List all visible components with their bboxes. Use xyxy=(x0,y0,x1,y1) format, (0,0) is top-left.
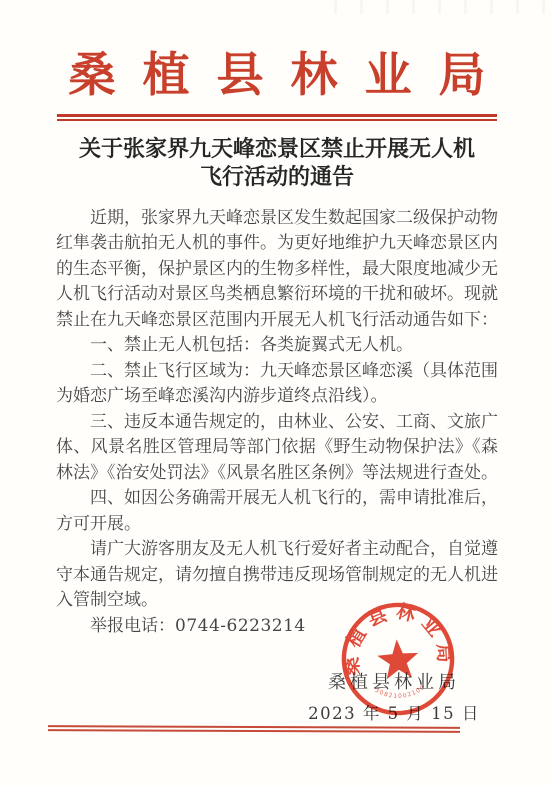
document-title-line1: 关于张家界九天峰恋景区禁止开展无人机 xyxy=(67,135,487,163)
document-title-line2: 飞行活动的通告 xyxy=(67,163,487,191)
body-paragraph-closing: 请广大游客朋友及无人机飞行爱好者主动配合，自觉遵守本通告规定，请勿擅自携带违反现… xyxy=(56,537,498,614)
footer-divider-rule xyxy=(48,725,460,733)
signature-block: 桑植县林业局 2023 年 5 月 15 日 xyxy=(302,668,486,724)
scan-artifact xyxy=(334,0,554,14)
document-title: 关于张家界九天峰恋景区禁止开展无人机 飞行活动的通告 xyxy=(67,135,487,191)
body-paragraph-intro: 近期，张家界九天峰恋景区发生数起国家二级保护动物红隼袭击航拍无人机的事件。为更好… xyxy=(56,206,498,334)
signature-agency-name: 桑植县林业局 xyxy=(302,668,486,694)
report-phone-number: 0744-6223214 xyxy=(175,616,306,636)
report-phone-line: 举报电话：0744-6223214 xyxy=(56,614,498,640)
notice-body: 近期，张家界九天峰恋景区发生数起国家二级保护动物红隼袭击航拍无人机的事件。为更好… xyxy=(56,206,498,640)
letterhead-divider-rule xyxy=(57,114,497,121)
body-paragraph-item2: 二、禁止飞行区域为：九天峰恋景区峰恋溪（具体范围为婚恋广场至峰恋溪沟内游步道终点… xyxy=(56,359,498,410)
body-paragraph-item1: 一、禁止无人机包括：各类旋翼式无人机。 xyxy=(56,333,498,359)
body-paragraph-item3: 三、违反本通告规定的，由林业、公安、工商、文旅广体、风景名胜区管理局等部门依据《… xyxy=(56,410,498,487)
signature-date: 2023 年 5 月 15 日 xyxy=(302,700,486,724)
scanned-notice-page: 桑植县林业局 关于张家界九天峰恋景区禁止开展无人机 飞行活动的通告 近期，张家界… xyxy=(0,0,554,786)
body-paragraph-item4: 四、如因公务确需开展无人机飞行的，需申请批准后，方可开展。 xyxy=(56,486,498,537)
report-phone-label: 举报电话： xyxy=(90,616,175,636)
letterhead-agency-name: 桑植县林业局 xyxy=(0,50,554,102)
